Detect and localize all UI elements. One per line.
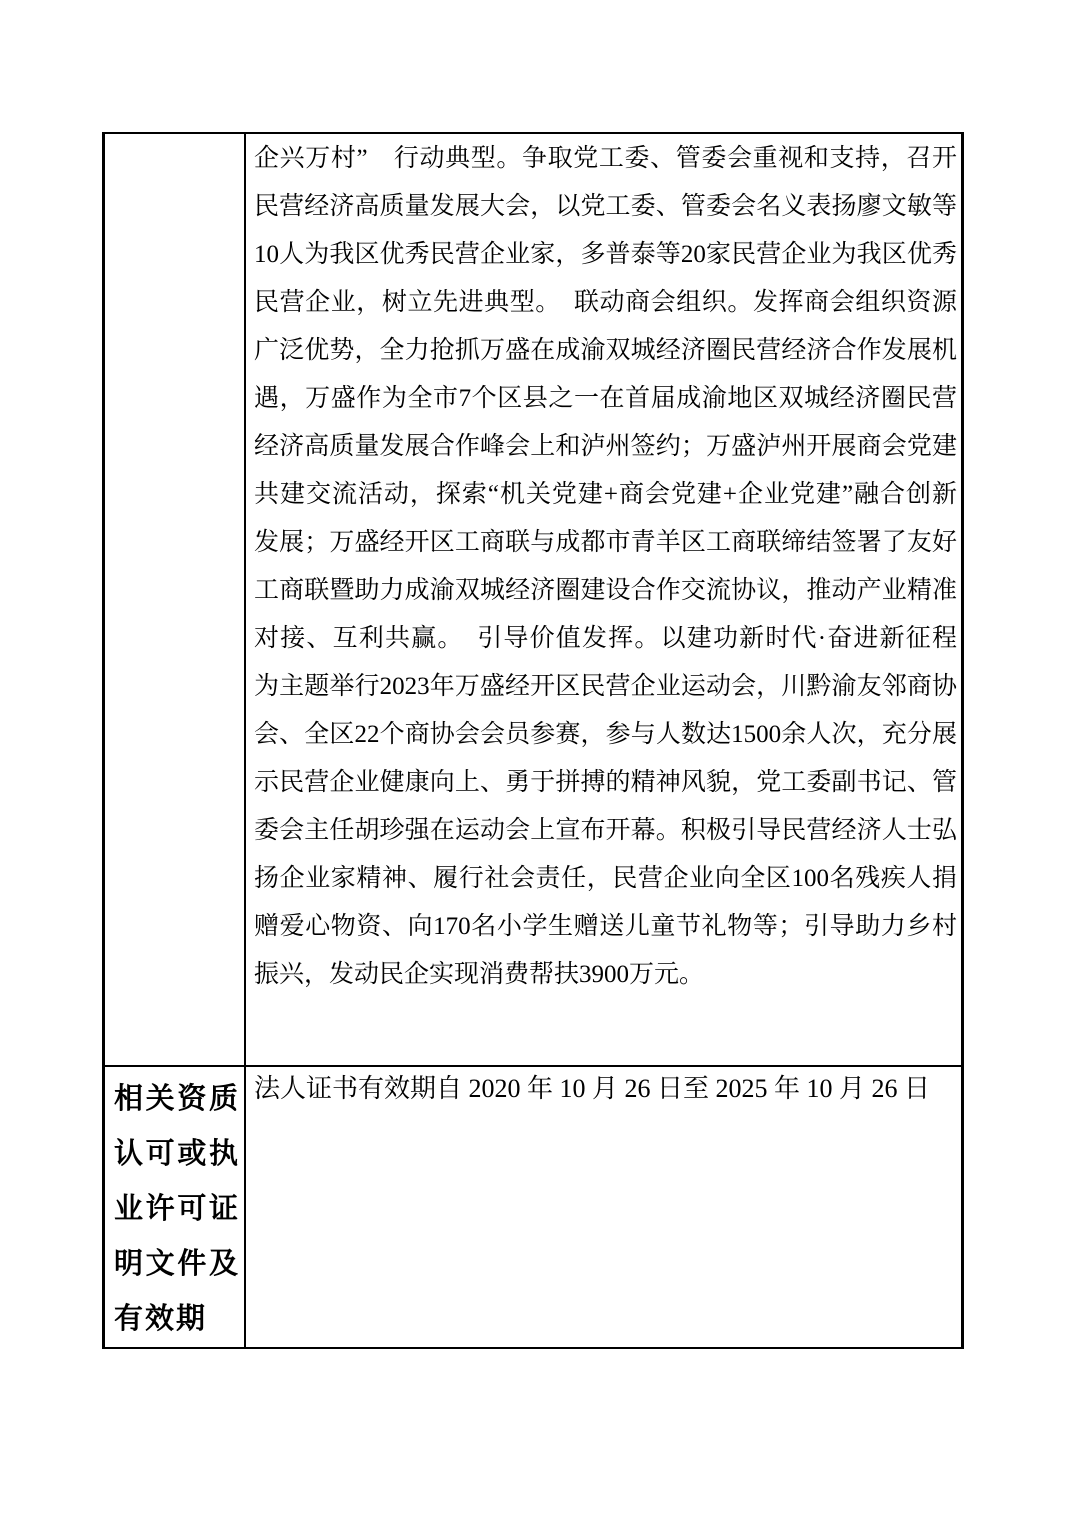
- table-row-activities: 企兴万村” 行动典型。争取党工委、管委会重视和支持，召开 民营经济高质量发展大会…: [105, 134, 961, 1067]
- content-cell-credentials: 法人证书有效期自 2020 年 10 月 26 日至 2025 年 10 月 2…: [246, 1067, 961, 1347]
- paragraph-line: 发展；万盛经开区工商联与成都市青羊区工商联缔结签署了友好: [254, 519, 957, 567]
- table-row-credentials: 相关资质 认可或执 业许可证 明文件及 有效期 法人证书有效期自 2020 年 …: [105, 1067, 961, 1347]
- row-header-line: 相关资质: [114, 1072, 238, 1127]
- label-cell-empty: [105, 134, 246, 1065]
- document-page: 企兴万村” 行动典型。争取党工委、管委会重视和支持，召开 民营经济高质量发展大会…: [0, 0, 1074, 1520]
- paragraph-line: 民营经济高质量发展大会，以党工委、管委会名义表扬廖文敏等: [254, 183, 957, 231]
- certificate-validity-text: 法人证书有效期自 2020 年 10 月 26 日至 2025 年 10 月 2…: [254, 1068, 957, 1110]
- paragraph-line: 企兴万村” 行动典型。争取党工委、管委会重视和支持，召开: [254, 135, 957, 183]
- paragraph-line: 广泛优势，全力抢抓万盛在成渝双城经济圈民营经济合作发展机: [254, 327, 957, 375]
- row-header-line: 明文件及: [114, 1237, 238, 1292]
- paragraph-line: 为主题举行2023年万盛经开区民营企业运动会，川黔渝友邻商协: [254, 663, 957, 711]
- paragraph-line: 共建交流活动，探索“机关党建+商会党建+企业党建”融合创新: [254, 471, 957, 519]
- paragraph-line: 民营企业，树立先进典型。 联动商会组织。发挥商会组织资源: [254, 279, 957, 327]
- row-header-line: 业许可证: [114, 1182, 238, 1237]
- row-header-line: 有效期: [114, 1292, 238, 1347]
- paragraph-line: 扬企业家精神、履行社会责任，民营企业向全区100名残疾人捐: [254, 855, 957, 903]
- paragraph-line: 会、全区22个商协会会员参赛，参与人数达1500余人次，充分展: [254, 711, 957, 759]
- paragraph-line: 工商联暨助力成渝双城经济圈建设合作交流协议，推动产业精准: [254, 567, 957, 615]
- paragraph-line: 经济高质量发展合作峰会上和泸州签约；万盛泸州开展商会党建: [254, 423, 957, 471]
- paragraph-line: 遇，万盛作为全市7个区县之一在首届成渝地区双城经济圈民营: [254, 375, 957, 423]
- paragraph-line: 10人为我区优秀民营企业家，多普泰等20家民营企业为我区优秀: [254, 231, 957, 279]
- paragraph-line: 赠爱心物资、向170名小学生赠送儿童节礼物等；引导助力乡村: [254, 903, 957, 951]
- paragraph-line: 示民营企业健康向上、勇于拼搏的精神风貌，党工委副书记、管: [254, 759, 957, 807]
- paragraph-line: 委会主任胡珍强在运动会上宣布开幕。积极引导民营经济人士弘: [254, 807, 957, 855]
- document-table: 企兴万村” 行动典型。争取党工委、管委会重视和支持，召开 民营经济高质量发展大会…: [102, 132, 964, 1349]
- paragraph-line: 振兴，发动民企实现消费帮扶3900万元。: [254, 951, 957, 999]
- content-cell-activities: 企兴万村” 行动典型。争取党工委、管委会重视和支持，召开 民营经济高质量发展大会…: [246, 134, 961, 1065]
- label-cell-credentials: 相关资质 认可或执 业许可证 明文件及 有效期: [105, 1067, 246, 1347]
- paragraph-line: 对接、互利共赢。 引导价值发挥。以建功新时代·奋进新征程: [254, 615, 957, 663]
- row-header-line: 认可或执: [114, 1127, 238, 1182]
